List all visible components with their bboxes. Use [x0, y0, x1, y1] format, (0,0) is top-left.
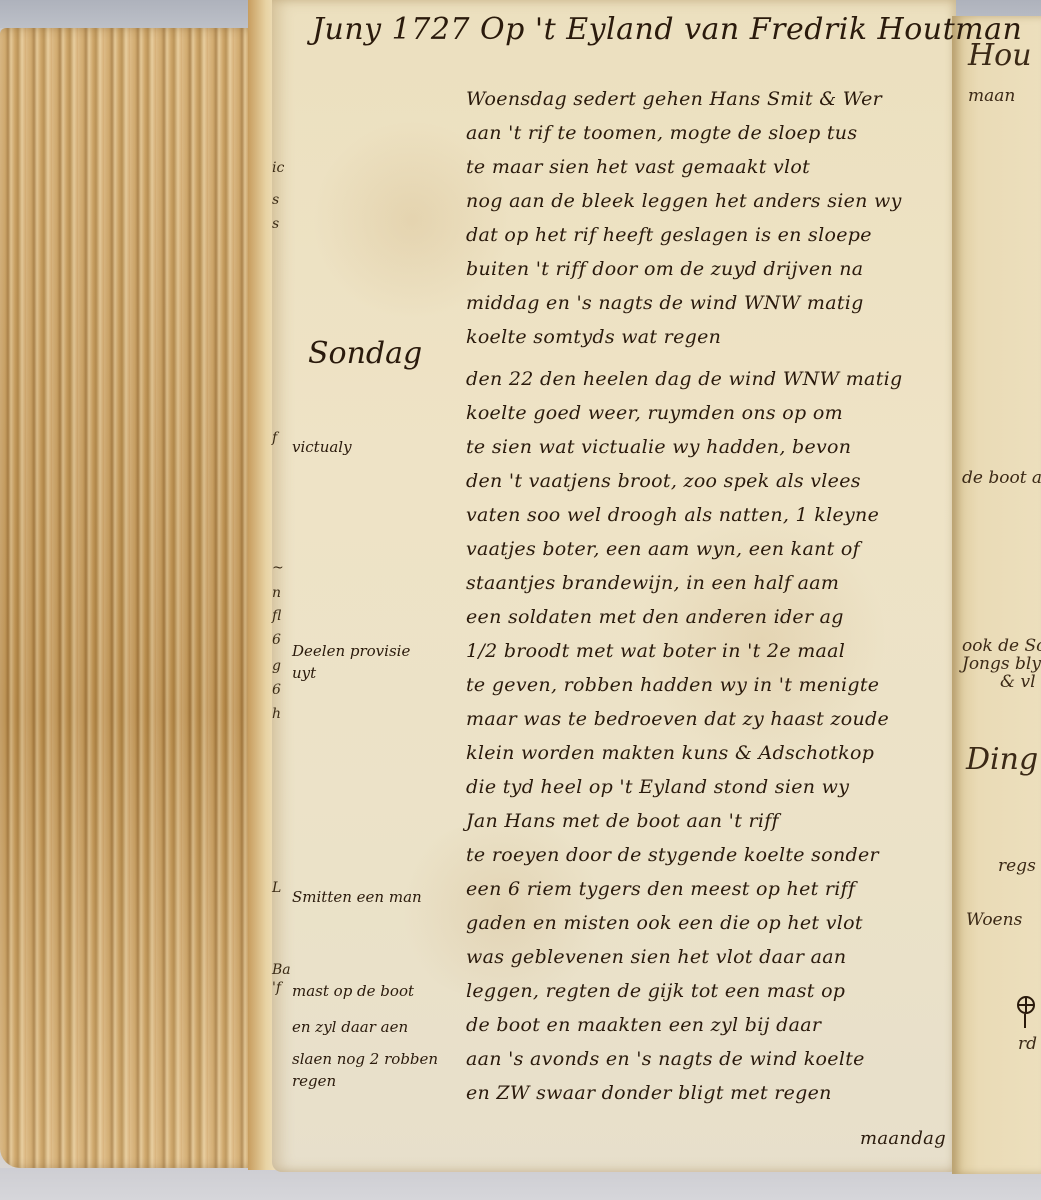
- journal-line: dat op het rif heeft geslagen is en sloe…: [466, 224, 872, 246]
- facing-page-title: Hou: [968, 38, 1032, 73]
- gutter-fragment: 6: [272, 632, 281, 648]
- journal-line: leggen, regten de gijk tot een mast op: [466, 980, 845, 1002]
- margin-note: slaen nog 2 robben: [292, 1050, 438, 1068]
- margin-note: uyt: [292, 664, 316, 682]
- day-heading: Sondag: [308, 336, 422, 371]
- journal-line: 1/2 broodt met wat boter in 't 2e maal: [466, 640, 845, 662]
- gutter-fragment: L: [272, 880, 281, 896]
- journal-line: de boot en maakten een zyl bij daar: [466, 1014, 821, 1036]
- margin-note: Deelen provisie: [292, 642, 410, 660]
- journal-line: den 22 den heelen dag de wind WNW matig: [466, 368, 902, 390]
- gutter-fragment: f: [272, 430, 277, 446]
- journal-line: vaatjes boter, een aam wyn, een kant of: [466, 538, 860, 560]
- gutter-fragment: ~: [272, 560, 284, 576]
- facing-page-line: regs: [998, 856, 1036, 876]
- gutter-fragment: h: [272, 706, 281, 722]
- journal-line: nog aan de bleek leggen het anders sien …: [466, 190, 902, 212]
- journal-line: was geblevenen sien het vlot daar aan: [466, 946, 846, 968]
- journal-line: Jan Hans met de boot aan 't riff: [466, 810, 779, 832]
- journal-line: aan 't rif te toomen, mogte de sloep tus: [466, 122, 857, 144]
- journal-line: klein worden makten kuns & Adschotkop: [466, 742, 874, 764]
- gutter-fragment: s: [272, 192, 279, 208]
- catchword: maandag: [860, 1128, 946, 1149]
- journal-line: te geven, robben hadden wy in 't menigte: [466, 674, 879, 696]
- journal-line: te roeyen door de stygende koelte sonder: [466, 844, 879, 866]
- journal-line: een 6 riem tygers den meest op het riff: [466, 878, 855, 900]
- paper-stain: [312, 120, 512, 320]
- margin-note: victualy: [292, 438, 352, 456]
- facing-page-line: de boot aan: [962, 468, 1041, 488]
- journal-line: vaten soo wel droogh als natten, 1 kleyn…: [466, 504, 879, 526]
- facing-page-line: maan: [968, 86, 1015, 106]
- journal-line: staantjes brandewijn, in een half aam: [466, 572, 839, 594]
- journal-line: middag en 's nagts de wind WNW matig: [466, 292, 864, 314]
- page-header: Juny 1727 Op 't Eyland van Fredrik Houtm…: [312, 12, 1022, 47]
- margin-note: regen: [292, 1072, 336, 1090]
- facing-page-line: ook de Sch: [962, 636, 1041, 656]
- journal-line: maar was te bedroeven dat zy haast zoude: [466, 708, 889, 730]
- gutter-fragment: g: [272, 658, 281, 674]
- journal-line: en ZW swaar donder bligt met regen: [466, 1082, 832, 1104]
- journal-line: aan 's avonds en 's nagts de wind koelte: [466, 1048, 865, 1070]
- journal-line: koelte somtyds wat regen: [466, 326, 721, 348]
- facing-page-day-heading: Ding: [966, 742, 1038, 777]
- facing-page-line: rd: [1018, 1034, 1037, 1054]
- gutter-fragment: s: [272, 216, 279, 232]
- journal-line: Woensdag sedert gehen Hans Smit & Wer: [466, 88, 882, 110]
- journal-line: buiten 't riff door om de zuyd drijven n…: [466, 258, 863, 280]
- journal-line: gaden en misten ook een die op het vlot: [466, 912, 863, 934]
- margin-note: Smitten een man: [292, 888, 422, 906]
- gutter-fragment: n: [272, 585, 281, 601]
- sun-symbol-stem: [1024, 1014, 1026, 1028]
- journal-line: een soldaten met den anderen ider ag: [466, 606, 844, 628]
- sun-symbol-icon: [1017, 996, 1035, 1014]
- journal-line: koelte goed weer, ruymden ons op om: [466, 402, 843, 424]
- journal-line: te maar sien het vast gemaakt vlot: [466, 156, 810, 178]
- facing-page-line: Woens: [966, 910, 1022, 930]
- stacked-page-edges: [0, 28, 262, 1168]
- margin-note: mast op de boot: [292, 982, 414, 1000]
- facing-page-line: & vl: [1000, 672, 1036, 692]
- gutter-fragment: 6: [272, 682, 281, 698]
- facing-page-line: Jongs bly: [962, 654, 1041, 674]
- journal-line: die tyd heel op 't Eyland stond sien wy: [466, 776, 849, 798]
- journal-line: den 't vaatjens broot, zoo spek als vlee…: [466, 470, 861, 492]
- margin-note: en zyl daar aen: [292, 1018, 408, 1036]
- gutter-fragment: Ba: [272, 962, 291, 978]
- gutter-fragment: fl: [272, 608, 281, 624]
- gutter-fragment: 'f: [272, 980, 281, 996]
- journal-line: te sien wat victualie wy hadden, bevon: [466, 436, 851, 458]
- gutter-fragment: ic: [272, 160, 284, 176]
